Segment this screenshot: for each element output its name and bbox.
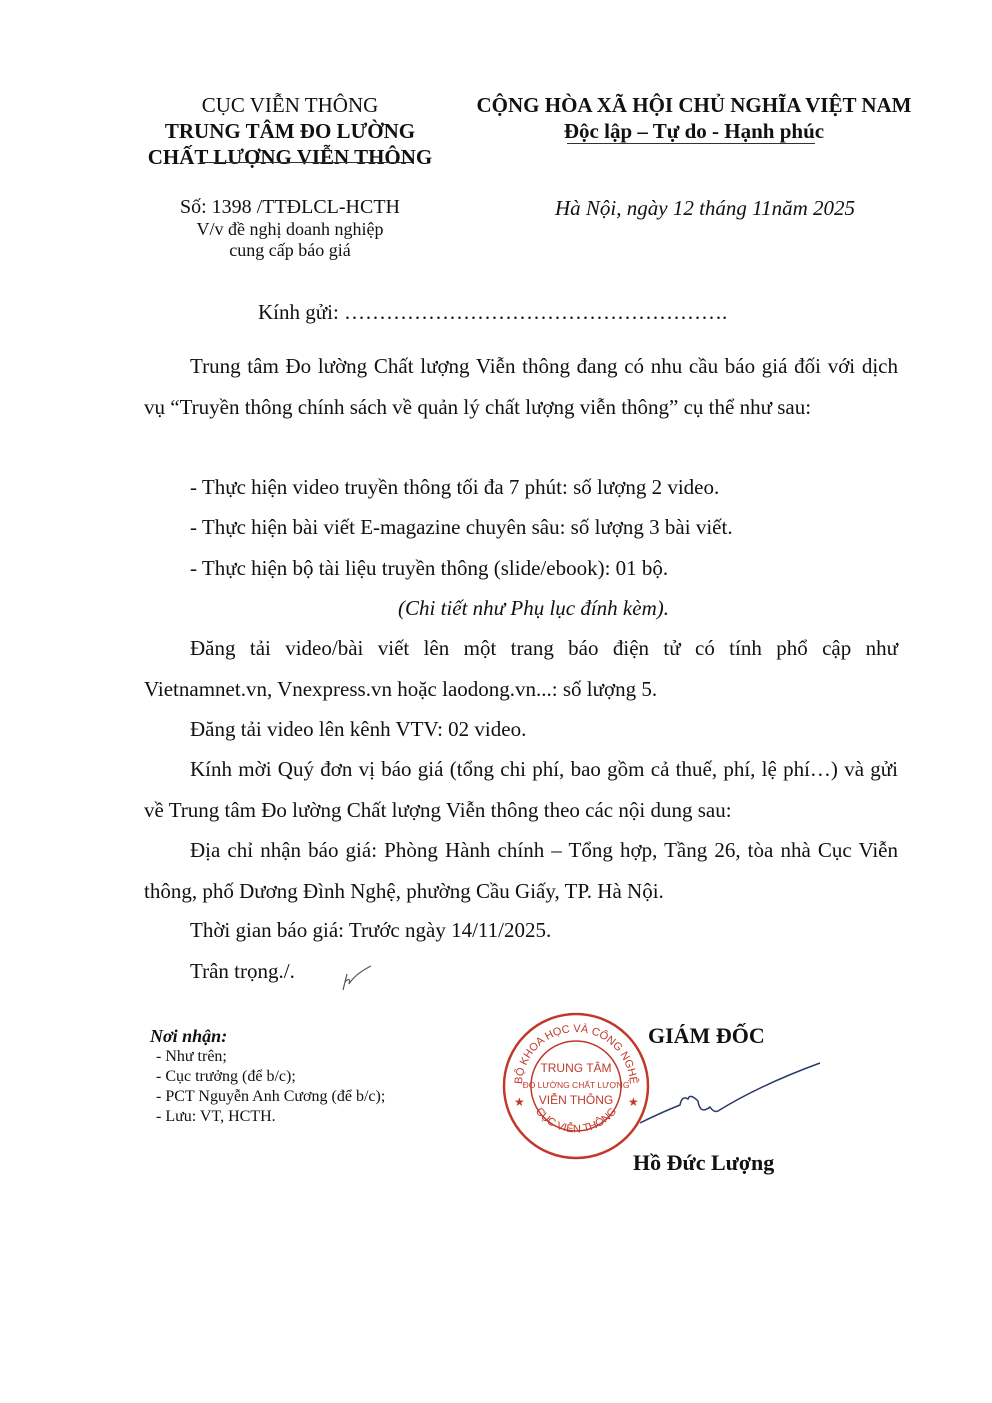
salutation: Kính gửi: ……………………………………………….	[258, 292, 727, 333]
recipients-block: Nơi nhận: - Như trên; - Cục trưởng (để b…	[150, 1025, 385, 1127]
publish-vtv-paragraph: Đăng tải video lên kênh VTV: 02 video.	[144, 709, 898, 750]
initial-mark-icon	[335, 960, 375, 995]
subject-line2: cung cấp báo giá	[130, 240, 450, 261]
invitation-paragraph: Kính mời Quý đơn vị báo giá (tổng chi ph…	[144, 749, 898, 830]
svg-text:ĐO LƯỜNG CHẤT LƯỢNG: ĐO LƯỜNG CHẤT LƯỢNG	[523, 1080, 630, 1090]
list-item: - Thực hiện bài viết E-magazine chuyên s…	[190, 507, 733, 548]
list-item: - Thực hiện bộ tài liệu truyền thông (sl…	[190, 548, 668, 589]
recipients-title: Nơi nhận:	[150, 1025, 385, 1047]
nation-name: CỘNG HÒA XÃ HỘI CHỦ NGHĨA VIỆT NAM	[455, 92, 933, 118]
org-name-line2: CHẤT LƯỢNG VIỄN THÔNG	[130, 144, 450, 170]
deadline-paragraph: Thời gian báo giá: Trước ngày 14/11/2025…	[144, 910, 898, 951]
official-stamp-icon: BỘ KHOA HỌC VÀ CÔNG NGHỆ CỤC VIỄN THÔNG …	[500, 1010, 652, 1162]
handwritten-signature-icon	[640, 1055, 830, 1135]
recipient-item: - Cục trưởng (để b/c);	[156, 1067, 385, 1087]
publish-news-paragraph: Đăng tải video/bài viết lên một trang bá…	[144, 628, 898, 709]
signer-title: GIÁM ĐỐC	[648, 1023, 765, 1049]
document-date: Hà Nội, ngày 12 tháng 11năm 2025	[555, 195, 855, 221]
national-title: CỘNG HÒA XÃ HỘI CHỦ NGHĨA VIỆT NAM Độc l…	[455, 92, 933, 144]
recipient-item: - Như trên;	[156, 1047, 385, 1067]
motto-underline	[567, 143, 815, 144]
list-item: - Thực hiện video truyền thông tối đa 7 …	[190, 467, 719, 508]
motto: Độc lập – Tự do - Hạnh phúc	[455, 118, 933, 144]
recipient-item: - PCT Nguyễn Anh Cương (để b/c);	[156, 1087, 385, 1107]
recipient-item: - Lưu: VT, HCTH.	[156, 1107, 385, 1127]
svg-text:VIỄN THÔNG: VIỄN THÔNG	[539, 1092, 613, 1107]
issuing-organization: CỤC VIỄN THÔNG TRUNG TÂM ĐO LƯỜNG CHẤT L…	[130, 92, 450, 170]
address-paragraph: Địa chỉ nhận báo giá: Phòng Hành chính –…	[144, 830, 898, 911]
closing: Trân trọng./.	[144, 951, 898, 992]
org-name-line1: TRUNG TÂM ĐO LƯỜNG	[130, 118, 450, 144]
svg-text:CỤC VIỄN THÔNG: CỤC VIỄN THÔNG	[533, 1106, 619, 1136]
svg-text:★: ★	[514, 1095, 525, 1109]
svg-text:★: ★	[628, 1095, 639, 1109]
org-underline	[200, 162, 412, 163]
appendix-note: (Chi tiết như Phụ lục đính kèm).	[398, 588, 669, 629]
intro-paragraph: Trung tâm Đo lường Chất lượng Viễn thông…	[144, 346, 898, 427]
subject-line1: V/v đề nghị doanh nghiệp	[130, 219, 450, 240]
svg-text:TRUNG TÂM: TRUNG TÂM	[540, 1060, 611, 1075]
signer-name: Hồ Đức Lượng	[633, 1150, 774, 1176]
document-reference: Số: 1398 /TTĐLCL-HCTH V/v đề nghị doanh …	[130, 195, 450, 261]
document-number: Số: 1398 /TTĐLCL-HCTH	[130, 195, 450, 219]
agency-name: CỤC VIỄN THÔNG	[130, 92, 450, 118]
